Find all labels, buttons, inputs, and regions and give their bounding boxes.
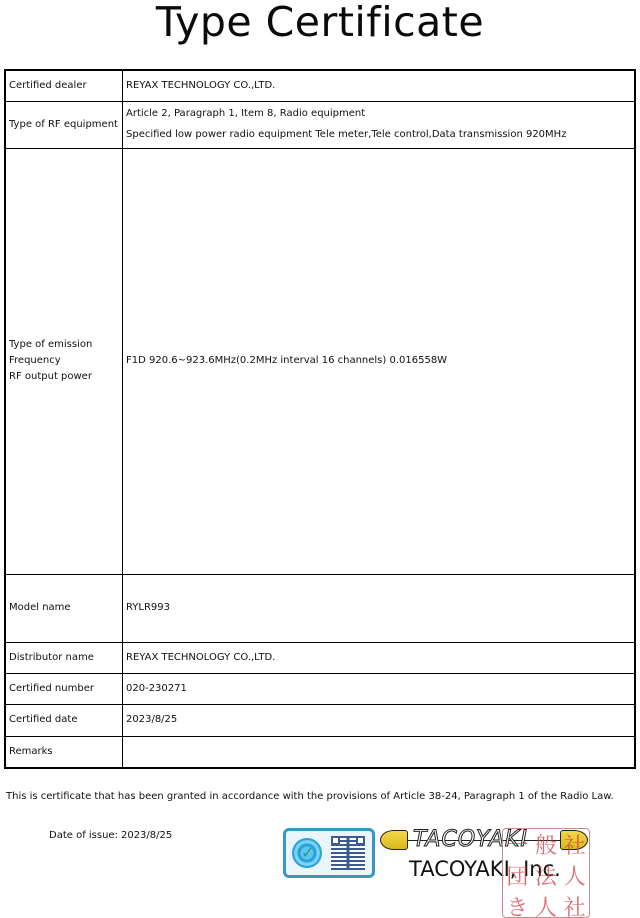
row-label: Type of emission Frequency RF output pow…	[5, 148, 123, 574]
qr-code-icon	[331, 836, 365, 870]
row-value: F1D 920.6~923.6MHz(0.2MHz interval 16 ch…	[123, 148, 636, 574]
row-value: RYLR993	[123, 574, 636, 642]
issue-label: Date of issue:	[49, 830, 118, 841]
row-value: REYAX TECHNOLOGY CO.,LTD.	[123, 642, 636, 673]
table-row: Type of emission Frequency RF output pow…	[5, 148, 635, 574]
row-label: Certified number	[5, 673, 123, 704]
fingerprint-check-icon	[292, 838, 322, 868]
legal-statement: This is certificate that has been grante…	[6, 791, 614, 802]
table-row: Distributor name REYAX TECHNOLOGY CO.,LT…	[5, 642, 635, 673]
stamp-char: 社	[560, 829, 589, 860]
certificate-table: Certified dealer REYAX TECHNOLOGY CO.,LT…	[4, 69, 636, 769]
table-row: Certified date 2023/8/25	[5, 704, 635, 736]
stamp-char: 社	[560, 891, 589, 918]
date-of-issue: Date of issue:2023/8/25	[49, 830, 172, 841]
row-value	[123, 736, 636, 768]
row-value: Article 2, Paragraph 1, Item 8, Radio eq…	[123, 101, 636, 148]
row-label: Type of RF equipment	[5, 101, 123, 148]
verification-badge	[283, 828, 375, 878]
row-label: Certified dealer	[5, 70, 123, 101]
table-row: Model name RYLR993	[5, 574, 635, 642]
seal-stamp: 一 般 社 団 法 人 き 人 社	[502, 828, 590, 918]
rf-line: Article 2, Paragraph 1, Item 8, Radio eq…	[126, 108, 631, 120]
stamp-char: 法	[532, 860, 561, 891]
label-line: RF output power	[9, 371, 119, 383]
row-value: 2023/8/25	[123, 704, 636, 736]
stamp-char: 般	[532, 829, 561, 860]
table-row: Certified dealer REYAX TECHNOLOGY CO.,LT…	[5, 70, 635, 101]
label-line: Frequency	[9, 355, 119, 367]
stamp-char: き	[503, 891, 532, 918]
row-label: Remarks	[5, 736, 123, 768]
table-row: Remarks	[5, 736, 635, 768]
stamp-char: 団	[503, 860, 532, 891]
rf-line: Specified low power radio equipment Tele…	[126, 129, 631, 141]
row-value: 020-230271	[123, 673, 636, 704]
label-line: Type of emission	[9, 339, 119, 351]
row-label: Distributor name	[5, 642, 123, 673]
stamp-char: 人	[532, 891, 561, 918]
row-label: Model name	[5, 574, 123, 642]
page-title: Type Certificate	[0, 0, 640, 46]
table-row: Certified number 020-230271	[5, 673, 635, 704]
cup-icon	[380, 830, 408, 850]
stamp-char: 人	[560, 860, 589, 891]
row-label: Certified date	[5, 704, 123, 736]
table-row: Type of RF equipment Article 2, Paragrap…	[5, 101, 635, 148]
stamp-char: 一	[503, 829, 532, 860]
row-value: REYAX TECHNOLOGY CO.,LTD.	[123, 70, 636, 101]
issue-date: 2023/8/25	[121, 830, 172, 841]
